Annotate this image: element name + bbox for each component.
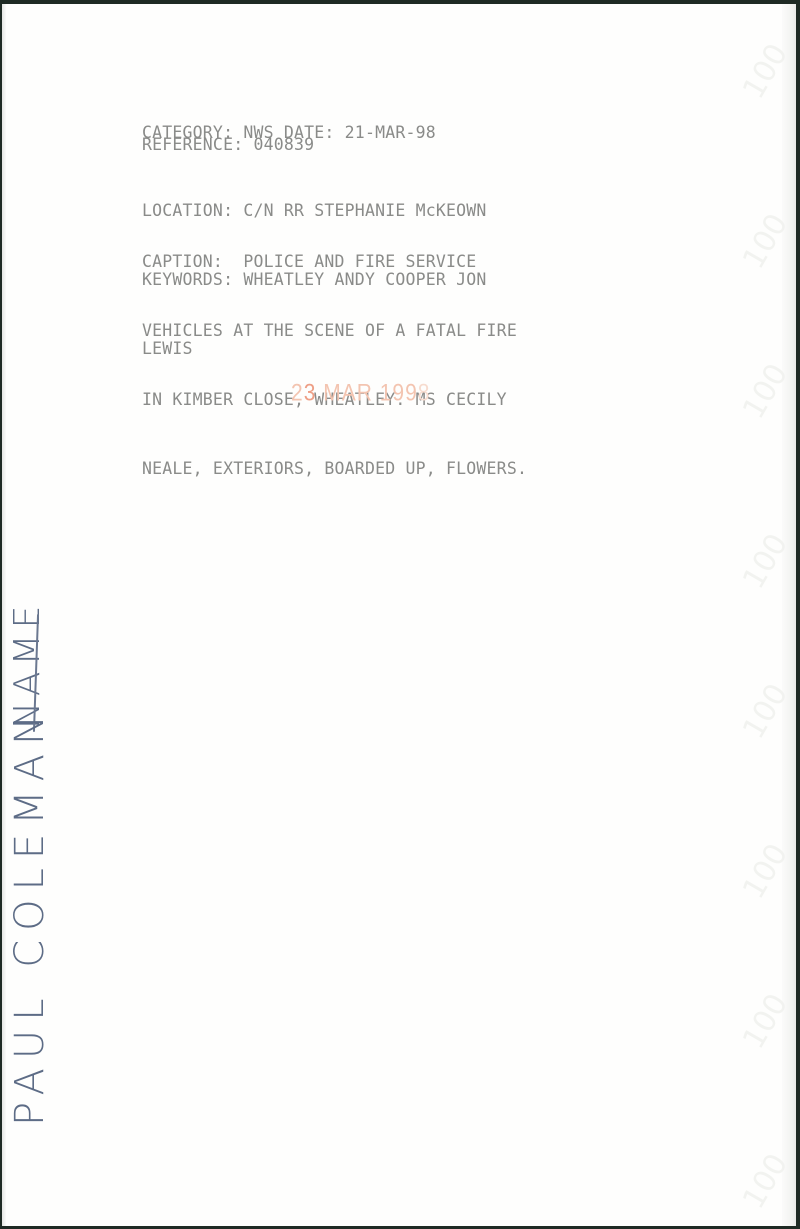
sheet-right-edge bbox=[782, 4, 796, 1226]
photo-back-sheet: 100 100 100 100 100 100 100 100 CATEGORY… bbox=[2, 4, 796, 1226]
handwritten-photographer-name: PAUL COLEMAN bbox=[7, 706, 53, 1126]
sheet-left-edge bbox=[2, 4, 6, 1226]
caption-line: NEALE, EXTERIORS, BOARDED UP, FLOWERS. bbox=[142, 457, 527, 480]
reference-line: REFERENCE: 040839 bbox=[142, 133, 314, 156]
received-date-stamp: 23 MAR 1998 bbox=[291, 380, 430, 408]
stamp-day-prefix: 2 bbox=[291, 380, 304, 406]
stamp-day-digit: 3 bbox=[304, 380, 317, 406]
caption-line: VEHICLES AT THE SCENE OF A FATAL FIRE bbox=[142, 319, 527, 342]
caption-block: CAPTION: POLICE AND FIRE SERVICE VEHICLE… bbox=[142, 204, 527, 526]
stamp-month-year: MAR 199 bbox=[316, 380, 417, 406]
category-reference-overstrike: CATEGORY: NWS DATE: 21-MAR-98 REFERENCE:… bbox=[142, 130, 487, 153]
caption-line: CAPTION: POLICE AND FIRE SERVICE bbox=[142, 250, 527, 273]
stamp-year-tail: 8 bbox=[418, 380, 431, 406]
